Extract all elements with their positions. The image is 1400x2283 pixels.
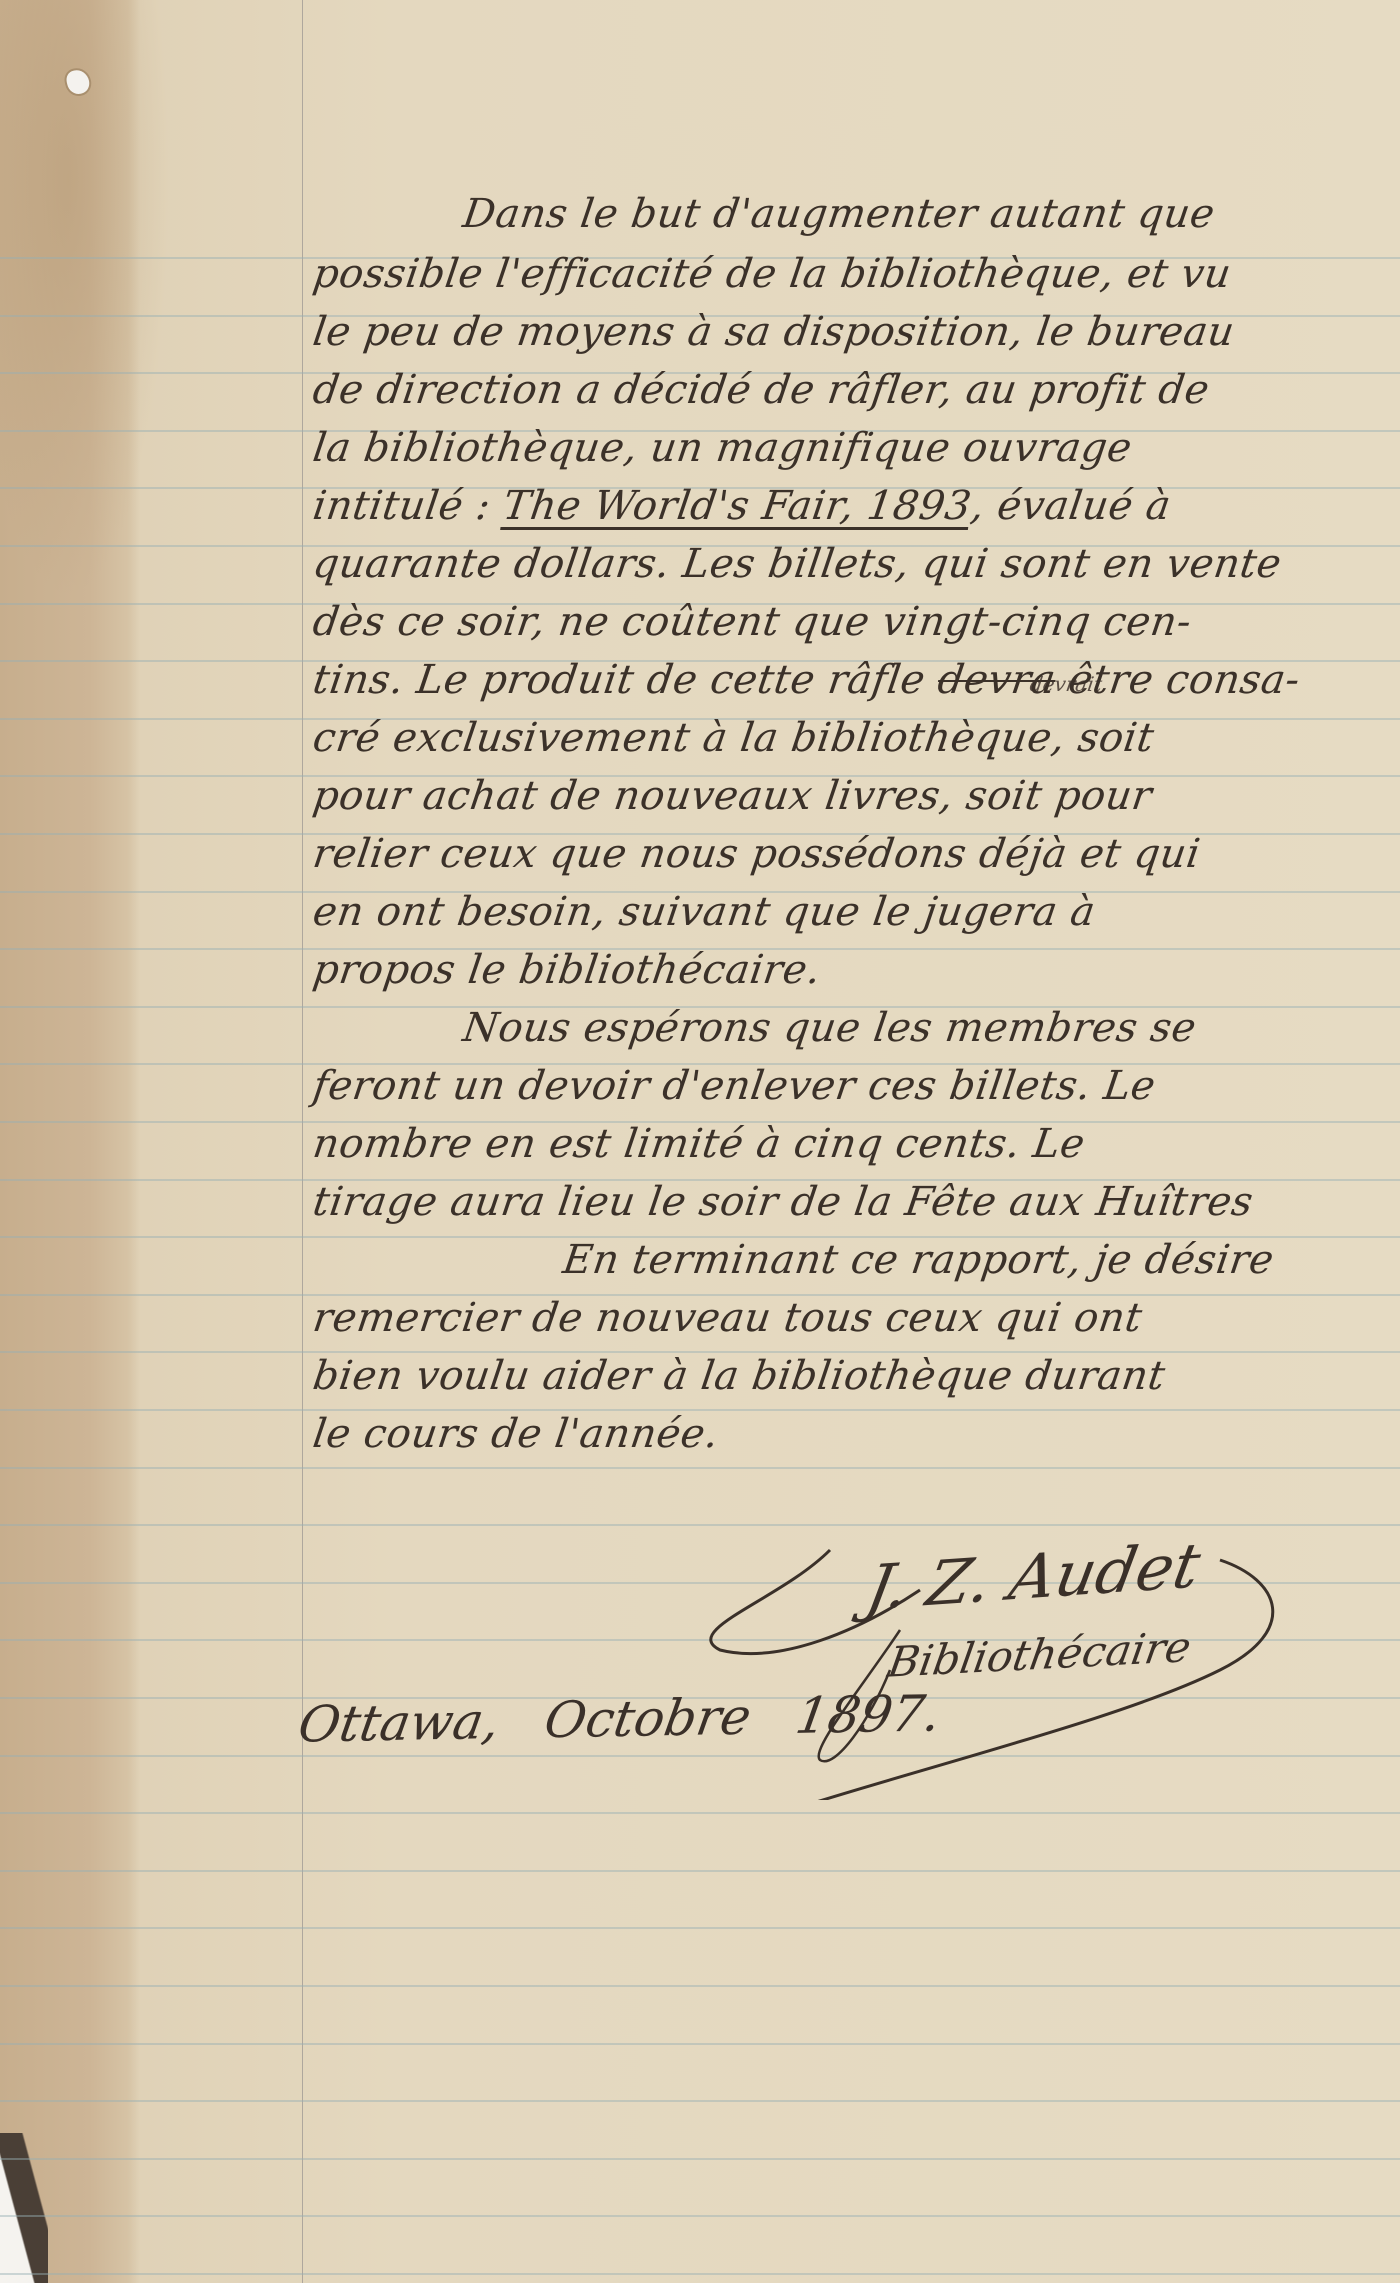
text-line: pour achat de nouveaux livres, soit pour <box>310 772 1397 820</box>
text-line: cré exclusivement à la bibliothèque, soi… <box>310 714 1397 762</box>
text-fragment: intitulé : <box>310 483 507 529</box>
text-line: remercier de nouveau tous ceux qui ont <box>310 1294 1397 1342</box>
struck-word: devra <box>935 657 1059 703</box>
text-line: Nous espérons que les membres se <box>460 1004 1400 1052</box>
text-fragment: , évalué à <box>968 483 1174 529</box>
date: Octobre 1897. <box>541 1684 945 1749</box>
handwritten-text: Dans le but d'augmenter autant que possi… <box>0 0 1400 2283</box>
underlined-book-title: The World's Fair, 1893 <box>500 483 974 529</box>
text-fragment: tins. Le produit de cette râfle <box>310 657 941 703</box>
text-line-with-correction: tins. Le produit de cette râfle devra êt… <box>310 656 1397 704</box>
text-line: en ont besoin, suivant que le jugera à <box>310 888 1397 936</box>
text-line: le peu de moyens à sa disposition, le bu… <box>310 308 1397 356</box>
text-fragment: être consa- <box>1052 657 1303 703</box>
text-line: propos le bibliothécaire. <box>310 946 1397 994</box>
text-line: En terminant ce rapport, je désire <box>560 1236 1400 1284</box>
text-line: nombre en est limité à cinq cents. Le <box>310 1120 1397 1168</box>
text-line: le cours de l'année. <box>310 1410 1397 1458</box>
text-line: tirage aura lieu le soir de la Fête aux … <box>310 1178 1397 1226</box>
text-line: relier ceux que nous possédons déjà et q… <box>310 830 1397 878</box>
text-line: possible l'efficacité de la bibliothèque… <box>310 250 1397 298</box>
text-line-with-title: intitulé : The World's Fair, 1893, évalu… <box>310 482 1397 530</box>
text-line: dès ce soir, ne coûtent que vingt-cinq c… <box>310 598 1397 646</box>
text-line: la bibliothèque, un magnifique ouvrage <box>310 424 1397 472</box>
text-line: feront un devoir d'enlever ces billets. … <box>310 1062 1397 1110</box>
text-line: de direction a décidé de râfler, au prof… <box>310 366 1397 414</box>
place: Ottawa, <box>294 1692 503 1753</box>
place-and-date: Ottawa, Octobre 1897. <box>294 1684 944 1753</box>
text-line: bien voulu aider à la bibliothèque duran… <box>310 1352 1397 1400</box>
text-line: Dans le but d'augmenter autant que <box>460 190 1400 238</box>
text-line: quarante dollars. Les billets, qui sont … <box>310 540 1397 588</box>
